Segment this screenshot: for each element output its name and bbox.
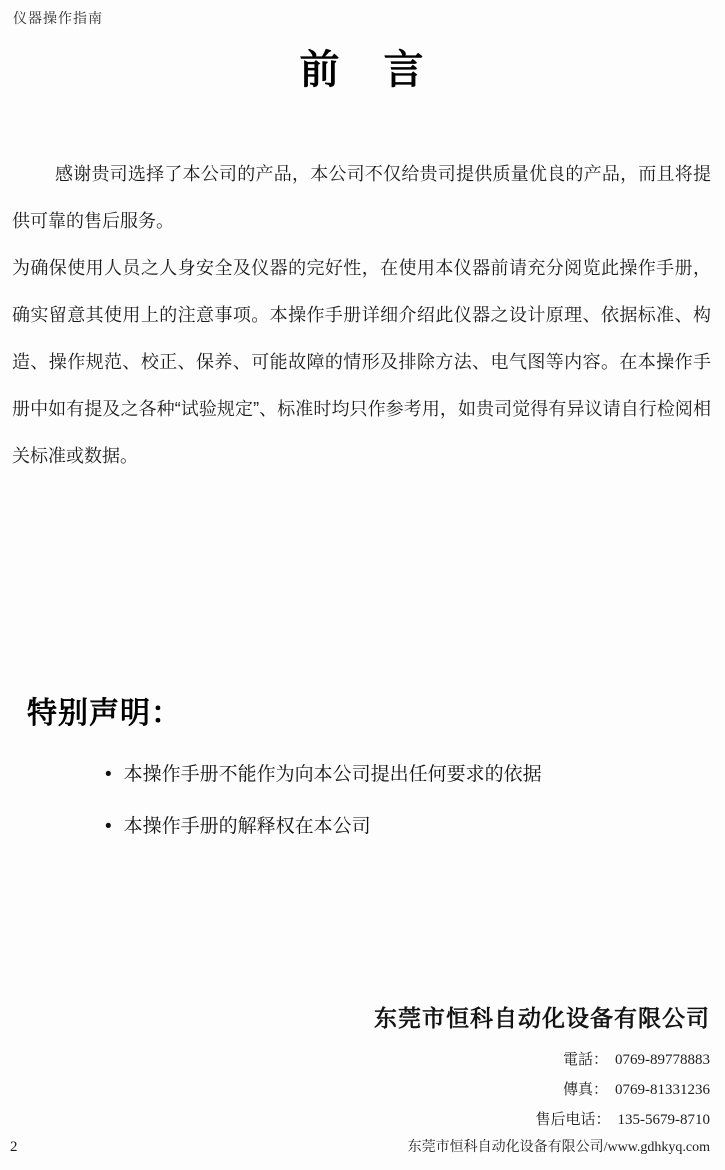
special-declaration-list: • 本操作手册不能作为向本公司提出任何要求的依据 • 本操作手册的解释权在本公司 <box>105 762 695 866</box>
manual-page: 仪器操作指南 前 言 感谢贵司选择了本公司的产品，本公司不仅给贵司提供质量优良的… <box>0 0 725 1170</box>
contact-value-service: 135-5679-8710 <box>618 1112 711 1128</box>
page-footer: 2 东莞市恒科自动化设备有限公司/www.gdhkyq.com <box>10 1136 710 1156</box>
list-item: • 本操作手册不能作为向本公司提出任何要求的依据 <box>105 762 695 787</box>
bullet-icon: • <box>105 814 112 839</box>
paragraph-thanks: 感谢贵司选择了本公司的产品，本公司不仅给贵司提供质量优良的产品，而且将提供可靠的… <box>12 151 711 245</box>
running-header: 仪器操作指南 <box>13 8 103 28</box>
contact-label: 電話： <box>563 1052 608 1068</box>
contact-row-service: 售后电话：135-5679-8710 <box>374 1105 710 1135</box>
contact-label: 售后电话： <box>535 1112 610 1128</box>
company-block: 东莞市恒科自动化设备有限公司 電話：0769-89778883 傳真：0769-… <box>374 1000 710 1135</box>
contact-row-phone: 電話：0769-89778883 <box>374 1045 710 1075</box>
declaration-item-text: 本操作手册的解释权在本公司 <box>124 814 371 839</box>
page-title: 前 言 <box>0 38 725 95</box>
footer-company-url: 东莞市恒科自动化设备有限公司/www.gdhkyq.com <box>408 1136 710 1156</box>
preface-body: 感谢贵司选择了本公司的产品，本公司不仅给贵司提供质量优良的产品，而且将提供可靠的… <box>12 151 711 480</box>
contact-label: 傳真： <box>563 1082 608 1098</box>
bullet-icon: • <box>105 762 112 787</box>
page-number: 2 <box>10 1139 18 1156</box>
contact-value-phone: 0769-89778883 <box>615 1052 710 1068</box>
contact-row-fax: 傳真：0769-81331236 <box>374 1075 710 1105</box>
contact-value-fax: 0769-81331236 <box>615 1082 710 1098</box>
special-declaration-heading: 特别声明： <box>27 688 182 732</box>
list-item: • 本操作手册的解释权在本公司 <box>105 814 695 839</box>
company-name: 东莞市恒科自动化设备有限公司 <box>374 1000 710 1033</box>
declaration-item-text: 本操作手册不能作为向本公司提出任何要求的依据 <box>124 762 542 787</box>
paragraph-safety: 为确保使用人员之人身安全及仪器的完好性，在使用本仪器前请充分阅览此操作手册，确实… <box>12 245 711 480</box>
